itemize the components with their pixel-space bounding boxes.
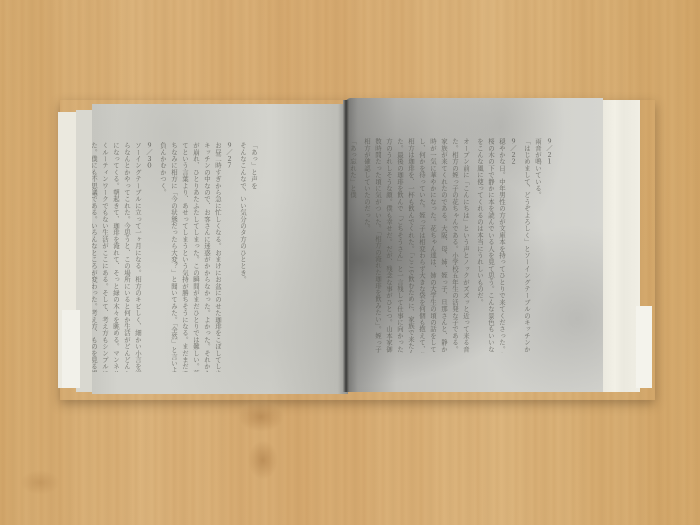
right-page-text: ９／２１雨音が鳴いている。「はじめまして、どうぞよろしく」とソーイングテーブルの… <box>345 138 553 353</box>
text-column: オープン前に「こんにちは」という声とノックがズズッと近って来る音が聞こえ <box>462 138 470 353</box>
text-column: 方のうれしそうな顔。僕も幸せだ。だが、残念な事がひとつ。山本家御一行が帰って <box>385 138 393 353</box>
text-column: 時が一気に華やかになった。花ちゃん達は、姉の大学生の頃の話をしてくれた。いろんな <box>429 138 437 353</box>
text-column: ９／２１ <box>545 138 553 353</box>
wood-knot <box>20 470 60 495</box>
text-column: 相方は珈琲を、一杯も飲んでくれた。「ここで飲むために、家族で来たんや」と言って <box>407 138 415 353</box>
text-column: キッチンの中なので、お客さんに迷惑がかからなかった。よかった。それからペース <box>203 142 211 372</box>
text-column: 「あっ」と声を <box>250 142 258 372</box>
text-column: 「あっ忘れた」と僕 <box>349 138 357 353</box>
left-page: 「あっ」と声をそんなこんなで、いい気分のタ方のひととき。９／２７お昼二時すぎから… <box>92 104 348 394</box>
text-column: ちなみに相方に「今の状態だったら大変？」と聞いてみた。「全然」と言いよった。 <box>170 142 178 372</box>
left-cover-fold <box>62 310 80 388</box>
text-column: らなんとかやってこれた。今思うと、この場所にいると何か生活がどんどんシンプル <box>123 142 131 372</box>
right-cover-flap <box>636 306 652 388</box>
text-column: が崩れ、ひとりあたふたしてしまった。この瞬間がまだひとりでは難しい。落ち着い <box>192 142 200 372</box>
text-column: そんなこんなで、いい気分のタ方のひととき。 <box>239 142 247 372</box>
right-page: ９／２１雨音が鳴いている。「はじめまして、どうぞよろしく」とソーイングテーブルの… <box>345 98 603 392</box>
text-column: てという言葉より、あせってしまうという気持が勝ちそうになる。まだまだである。 <box>181 142 189 372</box>
text-column: をこんな風に使ってくれるのは本当にうれしいものだ。 <box>476 138 484 353</box>
text-column: 負んかむかつく。 <box>159 142 167 372</box>
text-column: し、何かを待っていた。姪っ子は相変わらず大きな袋を何個も抱えて、背の高さくれた。 <box>418 138 426 353</box>
text-column: た。僕にも不思議である。いろんなところが変わった。考え方、ものを見る視点、今、 <box>92 142 98 372</box>
book-spine-gutter <box>343 100 349 392</box>
text-column: になってくる。朝起きて、珈琲を淹れて、そっと緑の木々を眺める。マンネリではな <box>112 142 120 372</box>
text-column: ソーイングテーブルに立って一ヶ月になる。相方のキビしく、細かい小言を浴びなが <box>134 142 142 372</box>
text-column: ９／３０ <box>145 142 153 372</box>
left-page-text: 「あっ」と声をそんなこんなで、いい気分のタ方のひととき。９／２７お昼二時すぎから… <box>92 142 258 372</box>
text-column: 桜の木の下で静かに本を読んでいる人を見て思う。こんな景色もいいなあ。この場所 <box>487 138 495 353</box>
text-column: 雨音が鳴いている。 <box>534 138 542 353</box>
text-column: ９／２７ <box>225 142 233 372</box>
wood-knot <box>238 402 284 432</box>
text-column: 穏やかな日。中年男性の方が文庫本を持ってひとりで来てくださった。夕方四時半頃。 <box>498 138 506 353</box>
text-column: た。最後の珈琲を飲んで「ごちそうさん」と一言残して仕事に向かった。そして、相 <box>396 138 404 353</box>
right-page-edges <box>598 100 640 392</box>
text-column: くルーティンワークでもない生活がここにある。そして、考え方もシンプルになってき <box>101 142 109 372</box>
text-column: 数時間たった頃に気がついた。「相方の淹れた珈琲を飲みたい」。姪っ子に珈琲を淹れて… <box>374 138 382 353</box>
text-column: ９／２２ <box>509 138 517 353</box>
wood-knot <box>248 440 278 480</box>
text-column: 相方が確認していたのだった。 <box>363 138 371 353</box>
text-column: 「はじめまして、どうぞよろしく」とソーイングテーブルのキッチンから挨拶した。 <box>523 138 531 353</box>
text-column: お昼二時すぎから急に忙しくなる。おまけにお盆にのせた珈琲をこぼしてしまった。 <box>214 142 222 372</box>
text-column: た。相方の姪っ子の花ちゃんである。小学校五年生の活発な子である。そうそう、相方の <box>451 138 459 353</box>
text-column: 家族が来てくれたのである。大阪、母、姉、姪っ子、旦那さんと、静かな <box>440 138 448 353</box>
